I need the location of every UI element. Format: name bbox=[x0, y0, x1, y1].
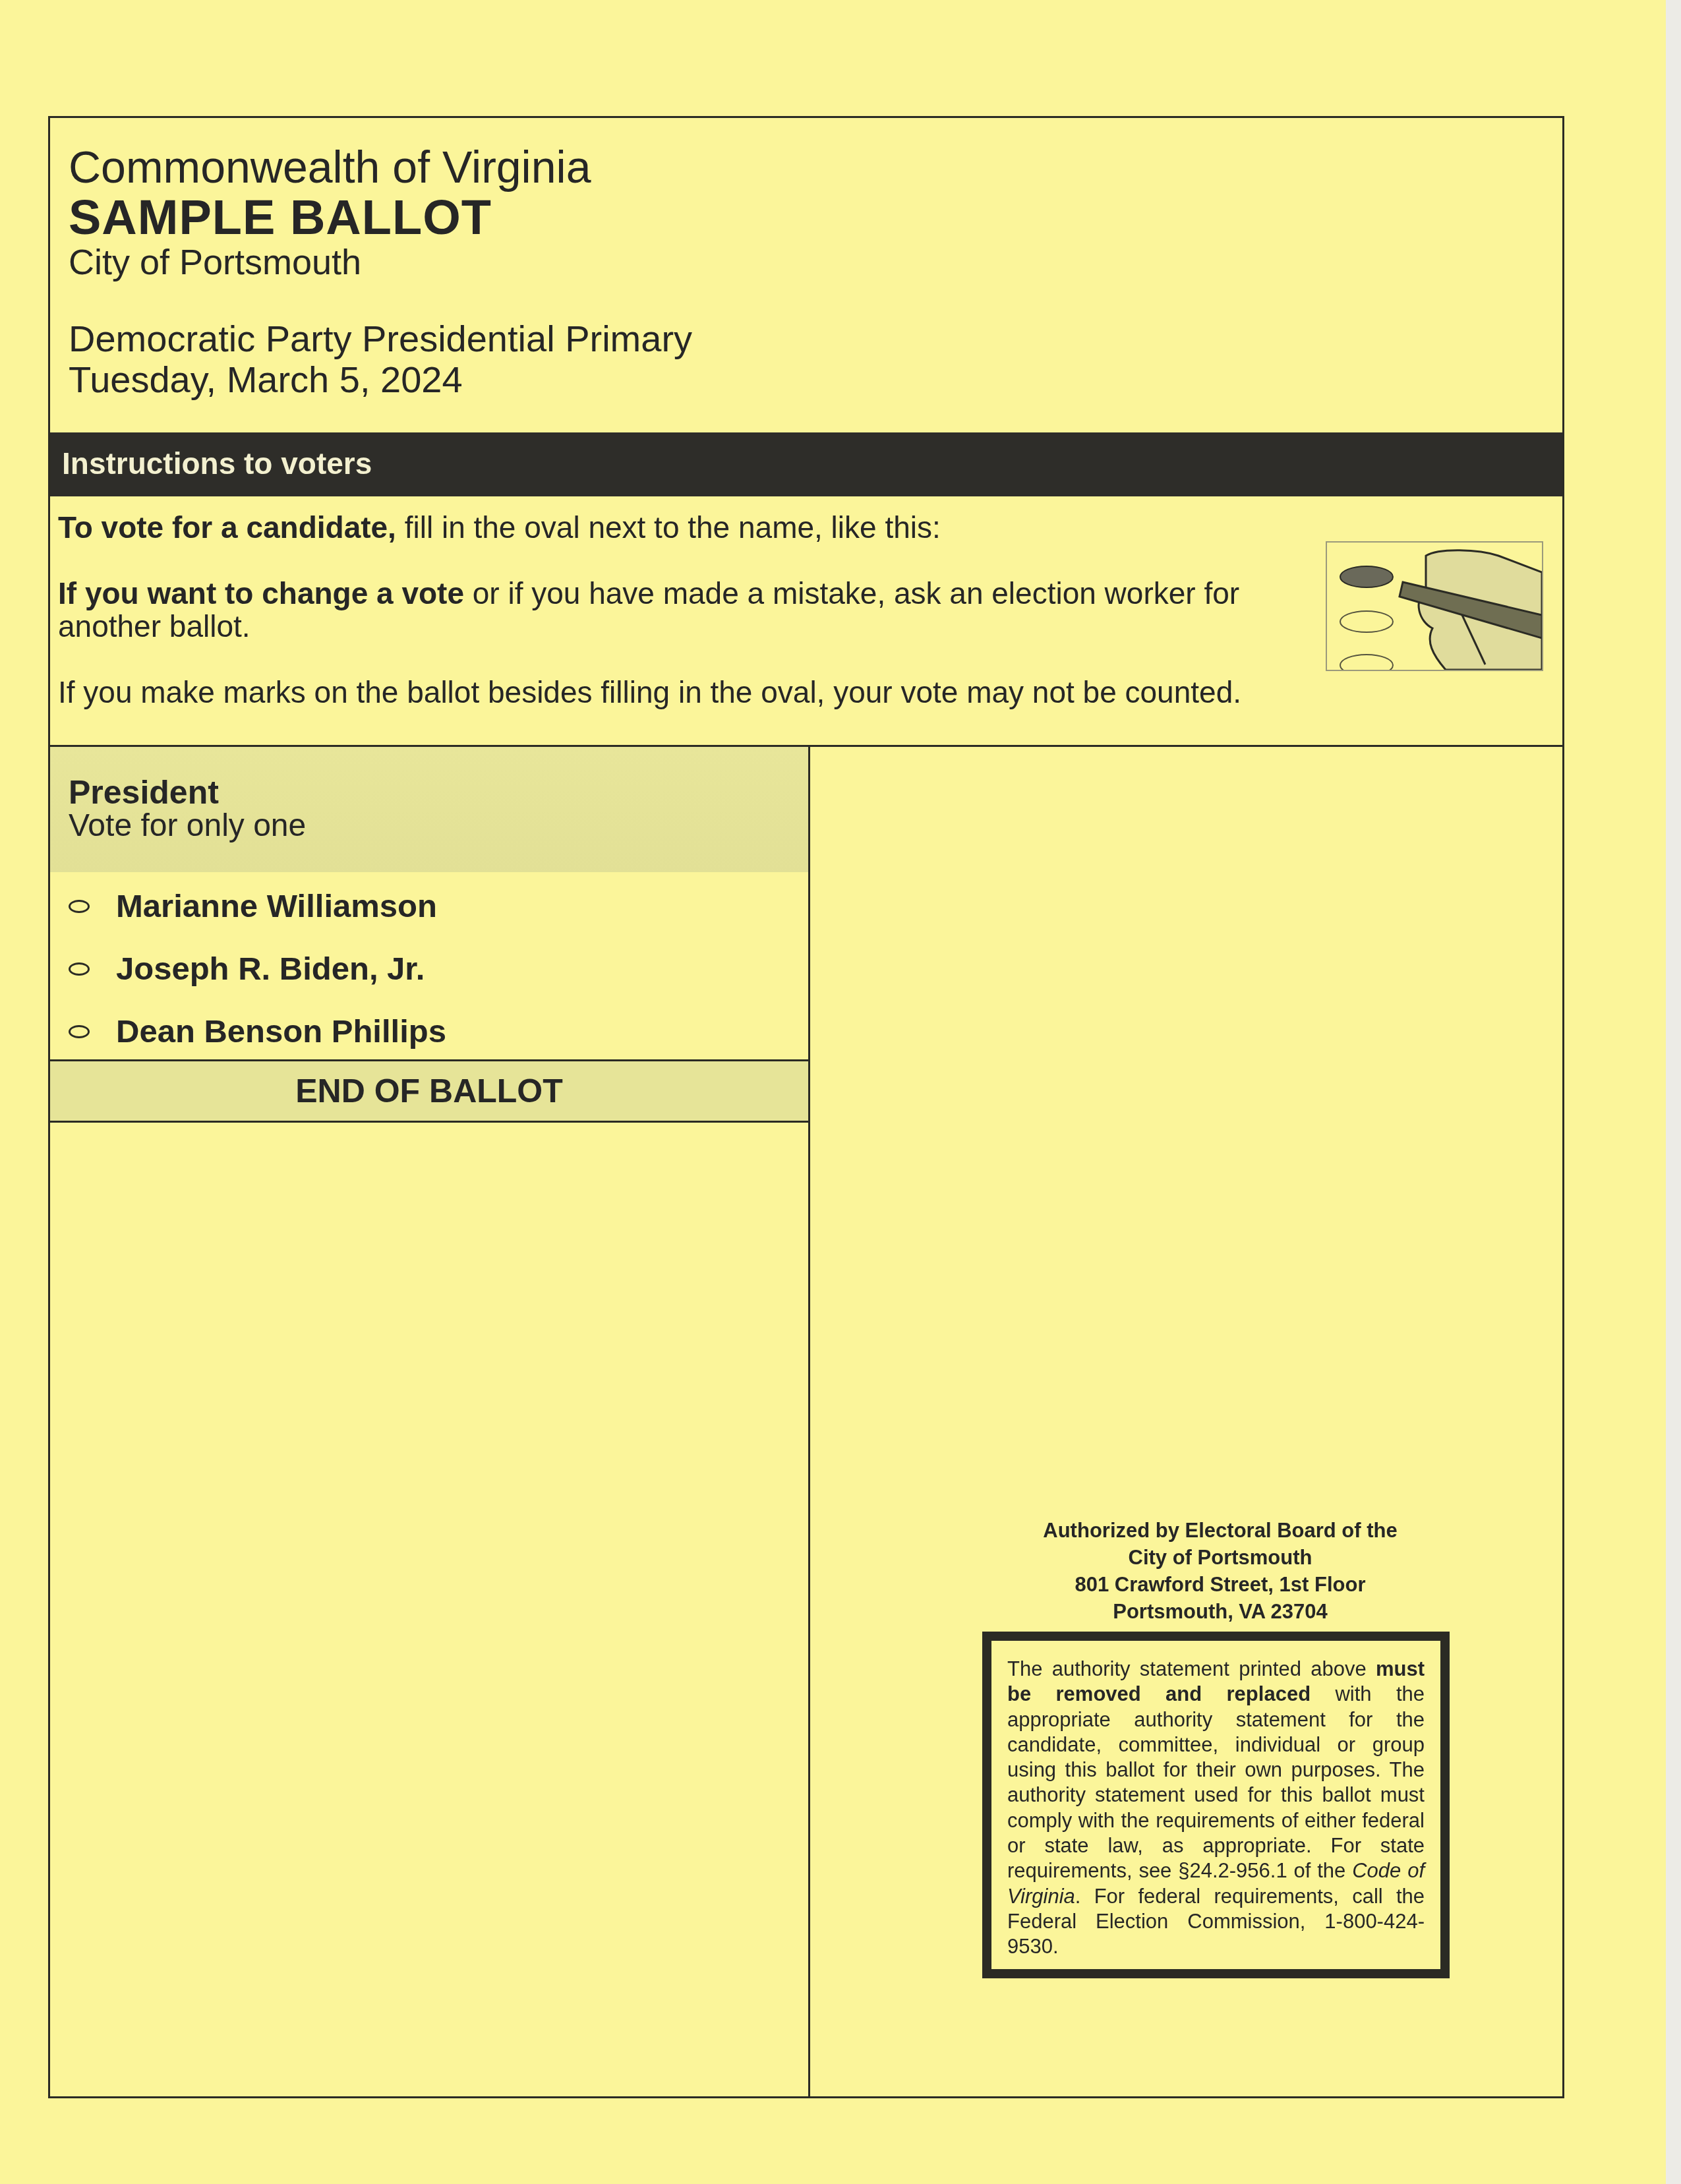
state-name: Commonwealth of Virginia bbox=[69, 142, 591, 193]
ballot-title: SAMPLE BALLOT bbox=[69, 189, 492, 245]
contest-office: President bbox=[69, 773, 219, 812]
end-of-ballot-band: END OF BALLOT bbox=[50, 1061, 808, 1121]
notice-text: The authority statement printed above bbox=[1007, 1657, 1376, 1680]
contest-header: President Vote for only one bbox=[50, 747, 808, 872]
end-of-ballot-label: END OF BALLOT bbox=[295, 1072, 563, 1110]
notice-text: with the appropriate authority statement… bbox=[1007, 1682, 1425, 1882]
instruction-vote: To vote for a candidate, fill in the ova… bbox=[58, 511, 1508, 544]
instruction-marks: If you make marks on the ballot besides … bbox=[58, 676, 1311, 709]
authority-line: 801 Crawford Street, 1st Floor bbox=[960, 1571, 1481, 1598]
instruction-vote-text: fill in the oval next to the name, like … bbox=[396, 510, 941, 545]
authority-line: City of Portsmouth bbox=[960, 1544, 1481, 1571]
oval-icon[interactable] bbox=[69, 962, 90, 976]
candidate-option[interactable]: Dean Benson Phillips bbox=[69, 1012, 446, 1051]
contest-vote-instruction: Vote for only one bbox=[69, 808, 306, 844]
instructions-heading: Instructions to voters bbox=[62, 446, 372, 481]
authority-statement: Authorized by Electoral Board of the Cit… bbox=[960, 1517, 1481, 1625]
ballot-header: Commonwealth of Virginia SAMPLE BALLOT C… bbox=[50, 118, 1562, 432]
instruction-vote-bold: To vote for a candidate, bbox=[58, 510, 396, 545]
ballot-form: Commonwealth of Virginia SAMPLE BALLOT C… bbox=[48, 116, 1564, 2098]
authority-notice-text: The authority statement printed above mu… bbox=[1007, 1657, 1425, 1960]
column-divider bbox=[808, 745, 810, 2098]
election-date: Tuesday, March 5, 2024 bbox=[69, 358, 463, 401]
end-divider-bottom bbox=[50, 1121, 808, 1123]
oval-icon[interactable] bbox=[69, 900, 90, 913]
instruction-change: If you want to change a vote or if you h… bbox=[58, 577, 1311, 643]
authority-notice-box: The authority statement printed above mu… bbox=[982, 1632, 1450, 1978]
scan-edge bbox=[1666, 0, 1681, 2184]
authority-line: Portsmouth, VA 23704 bbox=[960, 1598, 1481, 1625]
candidate-option[interactable]: Joseph R. Biden, Jr. bbox=[69, 949, 425, 989]
candidate-option[interactable]: Marianne Williamson bbox=[69, 887, 437, 926]
election-name: Democratic Party Presidential Primary bbox=[69, 317, 692, 360]
authority-line: Authorized by Electoral Board of the bbox=[960, 1517, 1481, 1544]
locality-name: City of Portsmouth bbox=[69, 242, 361, 283]
candidate-name: Dean Benson Phillips bbox=[116, 1013, 446, 1050]
instruction-change-bold: If you want to change a vote bbox=[58, 576, 464, 610]
oval-icon[interactable] bbox=[69, 1025, 90, 1038]
candidate-name: Marianne Williamson bbox=[116, 888, 437, 925]
instructions-heading-bar: Instructions to voters bbox=[50, 432, 1562, 496]
instructions-section: To vote for a candidate, fill in the ova… bbox=[50, 496, 1562, 745]
hand-filling-oval-icon bbox=[1326, 541, 1543, 671]
candidate-name: Joseph R. Biden, Jr. bbox=[116, 951, 425, 988]
